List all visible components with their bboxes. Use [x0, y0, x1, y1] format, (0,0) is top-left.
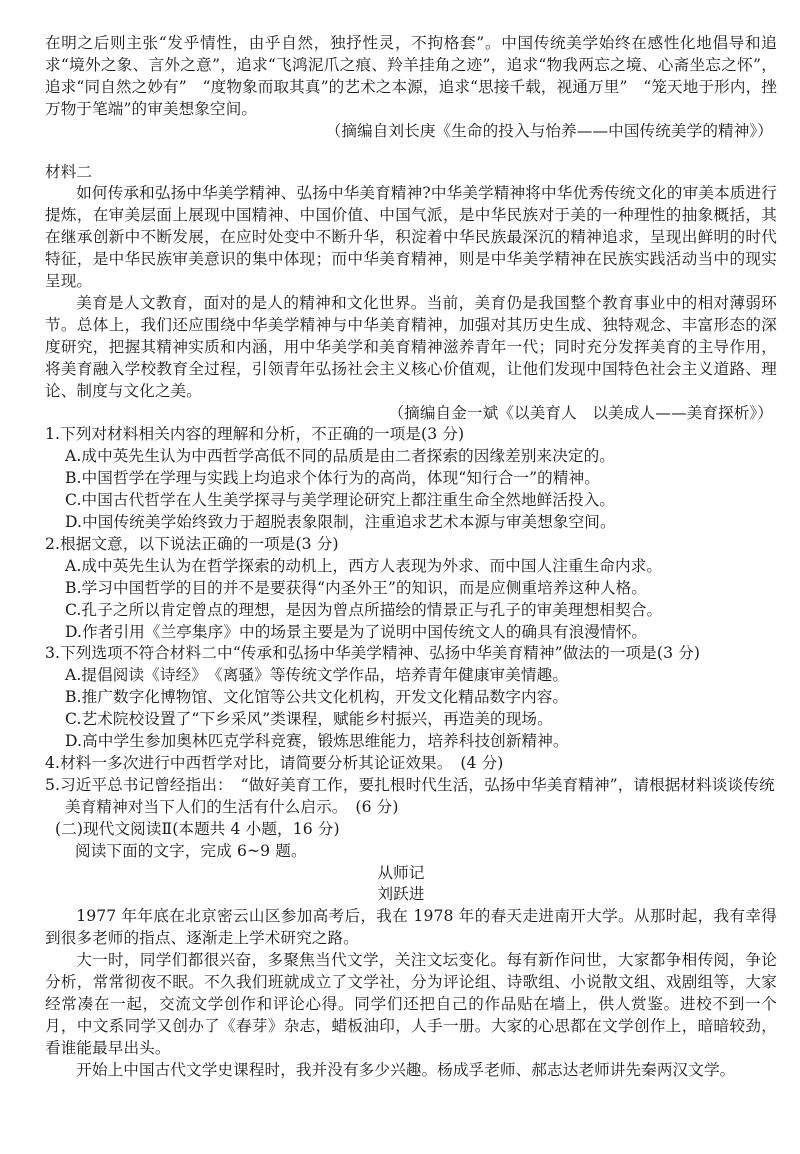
- question-2-stem: 2.根据文意，以下说法正确的一项是(3 分): [45, 534, 777, 556]
- question-2-option-b: B.学习中国哲学的目的并不是要获得“内圣外王”的知识，而是应侧重培养这种人格。: [45, 578, 777, 600]
- question-3-option-d: D.高中学生参加奥林匹克学科竞赛，锻炼思维能力，培养科技创新精神。: [45, 731, 777, 753]
- material1-source: （摘编自刘长庚《生命的投入与怡养——中国传统美学的精神》）: [45, 121, 777, 143]
- question-1-option-d: D.中国传统美学始终致力于超脱表象限制，注重追求艺术本源与审美想象空间。: [45, 512, 777, 534]
- question-5-stem: 5.习近平总书记曾经指出： “做好美育工作，要扎根时代生活，弘扬中华美育精神”，…: [45, 775, 777, 819]
- question-1-stem: 1.下列对材料相关内容的理解和分析，不正确的一项是(3 分): [45, 424, 777, 446]
- material2-paragraph: 如何传承和弘扬中华美学精神、弘扬中华美育精神?中华美学精神将中华优秀传统文化的审…: [45, 183, 777, 293]
- question-1-option-c: C.中国古代哲学在人生美学探寻与美学理论研究上都注重生命全然地鲜活投入。: [45, 490, 777, 512]
- article-paragraph: 1977 年年底在北京密云山区参加高考后，我在 1978 年的春天走进南开大学。…: [45, 906, 777, 950]
- question-3-stem: 3.下列选项不符合材料二中“传承和弘扬中华美学精神、弘扬中华美育精神”做法的一项…: [45, 643, 777, 665]
- question-3-option-b: B.推广数字化博物馆、文化馆等公共文化机构，开发文化精品数字内容。: [45, 687, 777, 709]
- question-1-option-b: B.中国哲学在学理与实践上均追求个体行为的高尚，体现“知行合一”的精神。: [45, 468, 777, 490]
- article-title: 从师记: [45, 863, 777, 885]
- article-paragraph: 大一时，同学们都很兴奋，多聚焦当代文学，关注文坛变化。每有新作问世，大家都争相传…: [45, 950, 777, 1060]
- material2-paragraph: 美育是人文教育，面对的是人的精神和文化世界。当前，美育仍是我国整个教育事业中的相…: [45, 293, 777, 403]
- section2-title: (二)现代文阅读Ⅱ(本题共 4 小题，16 分): [45, 819, 777, 841]
- question-2-option-a: A.成中英先生认为在哲学探索的动机上，西方人表现为外求、而中国人注重生命内求。: [45, 556, 777, 578]
- material2-title: 材料二: [45, 162, 777, 184]
- article-author: 刘跃进: [45, 884, 777, 906]
- question-2-option-c: C.孔子之所以肯定曾点的理想，是因为曾点所描绘的情景正与孔子的审美理想相契合。: [45, 600, 777, 622]
- spacer: [45, 143, 777, 162]
- question-3-option-a: A.提倡阅读《诗经》 《离骚》等传统文学作品，培养青年健康审美情趣。: [45, 665, 777, 687]
- material1-paragraph: 在明之后则主张“发乎情性，由乎自然，独抒性灵，不拘格套”。中国传统美学始终在感性…: [45, 33, 777, 121]
- material2-source: （摘编自金一斌《以美育人 以美成人——美育探析》）: [45, 403, 777, 425]
- section2-instruction: 阅读下面的文字，完成 6~9 题。: [45, 841, 777, 863]
- exam-page: 在明之后则主张“发乎情性，由乎自然，独抒性灵，不拘格套”。中国传统美学始终在感性…: [45, 33, 777, 1082]
- article-paragraph: 开始上中国古代文学史课程时，我并没有多少兴趣。杨成孚老师、郝志达老师讲先秦两汉文…: [45, 1060, 777, 1082]
- question-3-option-c: C.艺术院校设置了“下乡采风”类课程，赋能乡村振兴，再造美的现场。: [45, 709, 777, 731]
- question-2-option-d: D.作者引用《兰亭集序》中的场景主要是为了说明中国传统文人的确具有浪漫情怀。: [45, 622, 777, 644]
- question-1-option-a: A.成中英先生认为中西哲学高低不同的品质是由二者探索的因缘差别来决定的。: [45, 446, 777, 468]
- question-4-stem: 4.材料一多次进行中西哲学对比，请简要分析其论证效果。 (4 分): [45, 753, 777, 775]
